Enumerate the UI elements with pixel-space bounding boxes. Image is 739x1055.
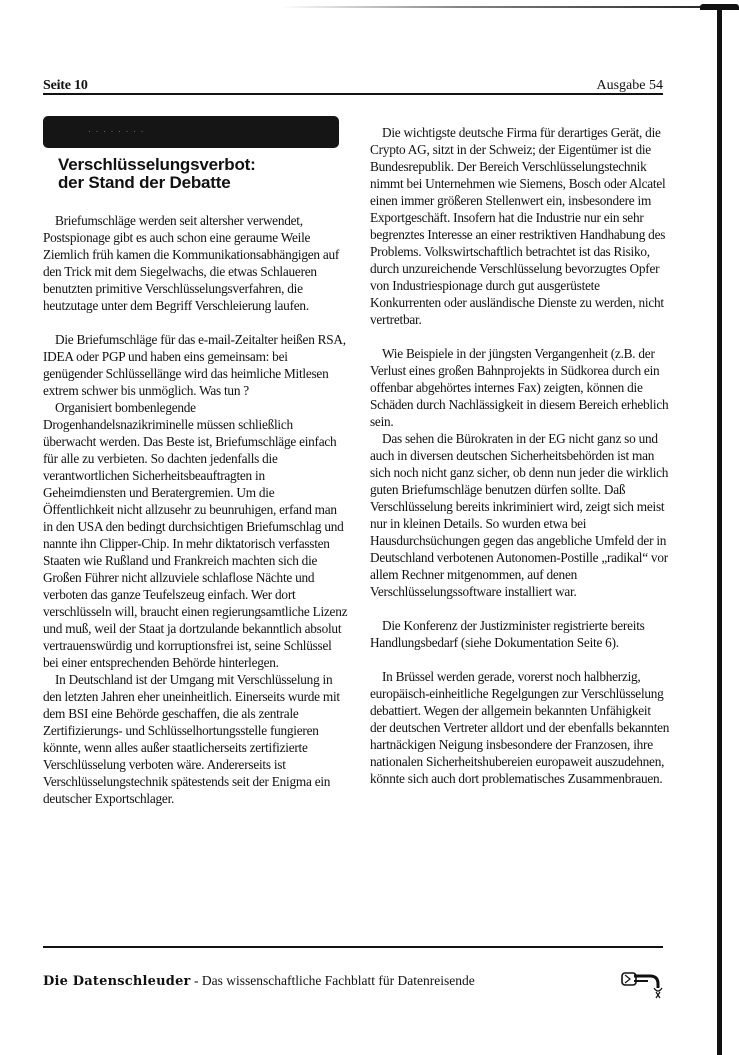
page-footer: Die Datenschleuder - Das wissenschaftlic… xyxy=(43,973,475,989)
paragraph: In Deutschland ist der Umgang mit Versch… xyxy=(43,671,348,807)
scan-right-edge xyxy=(717,6,722,1055)
paragraph: Die Briefumschläge für das e-mail-Zeital… xyxy=(43,331,348,399)
chaos-knot-icon xyxy=(620,970,670,1000)
scan-top-edge xyxy=(280,6,720,8)
left-column: Briefumschläge werden seit altersher ver… xyxy=(43,212,348,807)
section-banner: · · · · · · · · xyxy=(43,116,339,148)
footer-divider xyxy=(43,946,663,948)
paragraph: Das sehen die Bürokraten in der EG nicht… xyxy=(370,430,670,600)
article-title: Verschlüsselungsverbot: der Stand der De… xyxy=(58,156,256,192)
section-banner-label: · · · · · · · · xyxy=(88,126,144,136)
paragraph: Die Konferenz der Justizminister registr… xyxy=(370,617,670,651)
paragraph: Wie Beispiele in der jüngsten Vergangenh… xyxy=(370,345,670,430)
header-divider xyxy=(43,93,663,95)
right-column: Die wichtigste deutsche Firma für derart… xyxy=(370,124,670,787)
paragraph: Briefumschläge werden seit altersher ver… xyxy=(43,212,348,314)
issue-number: Ausgabe 54 xyxy=(597,78,664,94)
page-header: Seite 10 Ausgabe 54 xyxy=(43,72,663,94)
page-number: Seite 10 xyxy=(43,78,88,94)
paragraph: Die wichtigste deutsche Firma für derart… xyxy=(370,124,670,328)
publication-name: Die Datenschleuder xyxy=(43,974,191,989)
paragraph: In Brüssel werden gerade, vorerst noch h… xyxy=(370,668,670,787)
paragraph: Organisiert bombenlegende Drogenhandelsn… xyxy=(43,399,348,671)
publication-tagline: - Das wissenschaftliche Fachblatt für Da… xyxy=(191,973,475,988)
